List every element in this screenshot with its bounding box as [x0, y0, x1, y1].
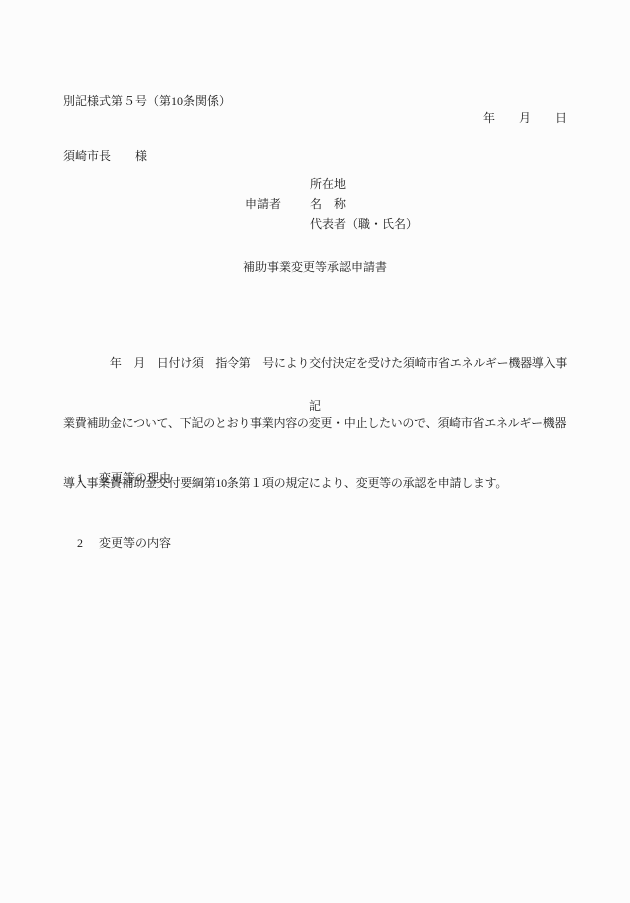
applicant-fields: 所在地 名 称 代表者（職・氏名）	[310, 174, 418, 234]
section-number: 2	[77, 533, 99, 553]
applicant-representative-label: 代表者（職・氏名）	[310, 214, 418, 234]
body-paragraph-line: 年 月 日付け須 指令第 号により交付決定を受けた須崎市省エネルギー機器導入事	[63, 353, 573, 373]
section-change-reason: 1変更等の理由	[65, 448, 171, 508]
applicant-block: 申請者 所在地 名 称 代表者（職・氏名）	[245, 174, 418, 234]
addressee: 須崎市長 様	[63, 146, 147, 166]
section-change-content: 2変更等の内容	[65, 513, 171, 573]
form-number: 別記様式第５号（第10条関係）	[63, 91, 231, 111]
document-page: 別記様式第５号（第10条関係） 年 月 日 須崎市長 様 申請者 所在地 名 称…	[0, 0, 630, 903]
applicant-name-label: 名 称	[310, 194, 418, 214]
applicant-label: 申請者	[245, 194, 281, 214]
applicant-address-label: 所在地	[310, 174, 418, 194]
document-title: 補助事業変更等承認申請書	[0, 257, 630, 277]
body-paragraph-line: 業費補助金について、下記のとおり事業内容の変更・中止したいので、須崎市省エネルギ…	[63, 413, 573, 433]
section-number: 1	[77, 468, 99, 488]
date-field: 年 月 日	[483, 108, 567, 128]
record-marker: 記	[0, 396, 630, 416]
section-title: 変更等の内容	[99, 536, 171, 550]
section-title: 変更等の理由	[99, 471, 171, 485]
